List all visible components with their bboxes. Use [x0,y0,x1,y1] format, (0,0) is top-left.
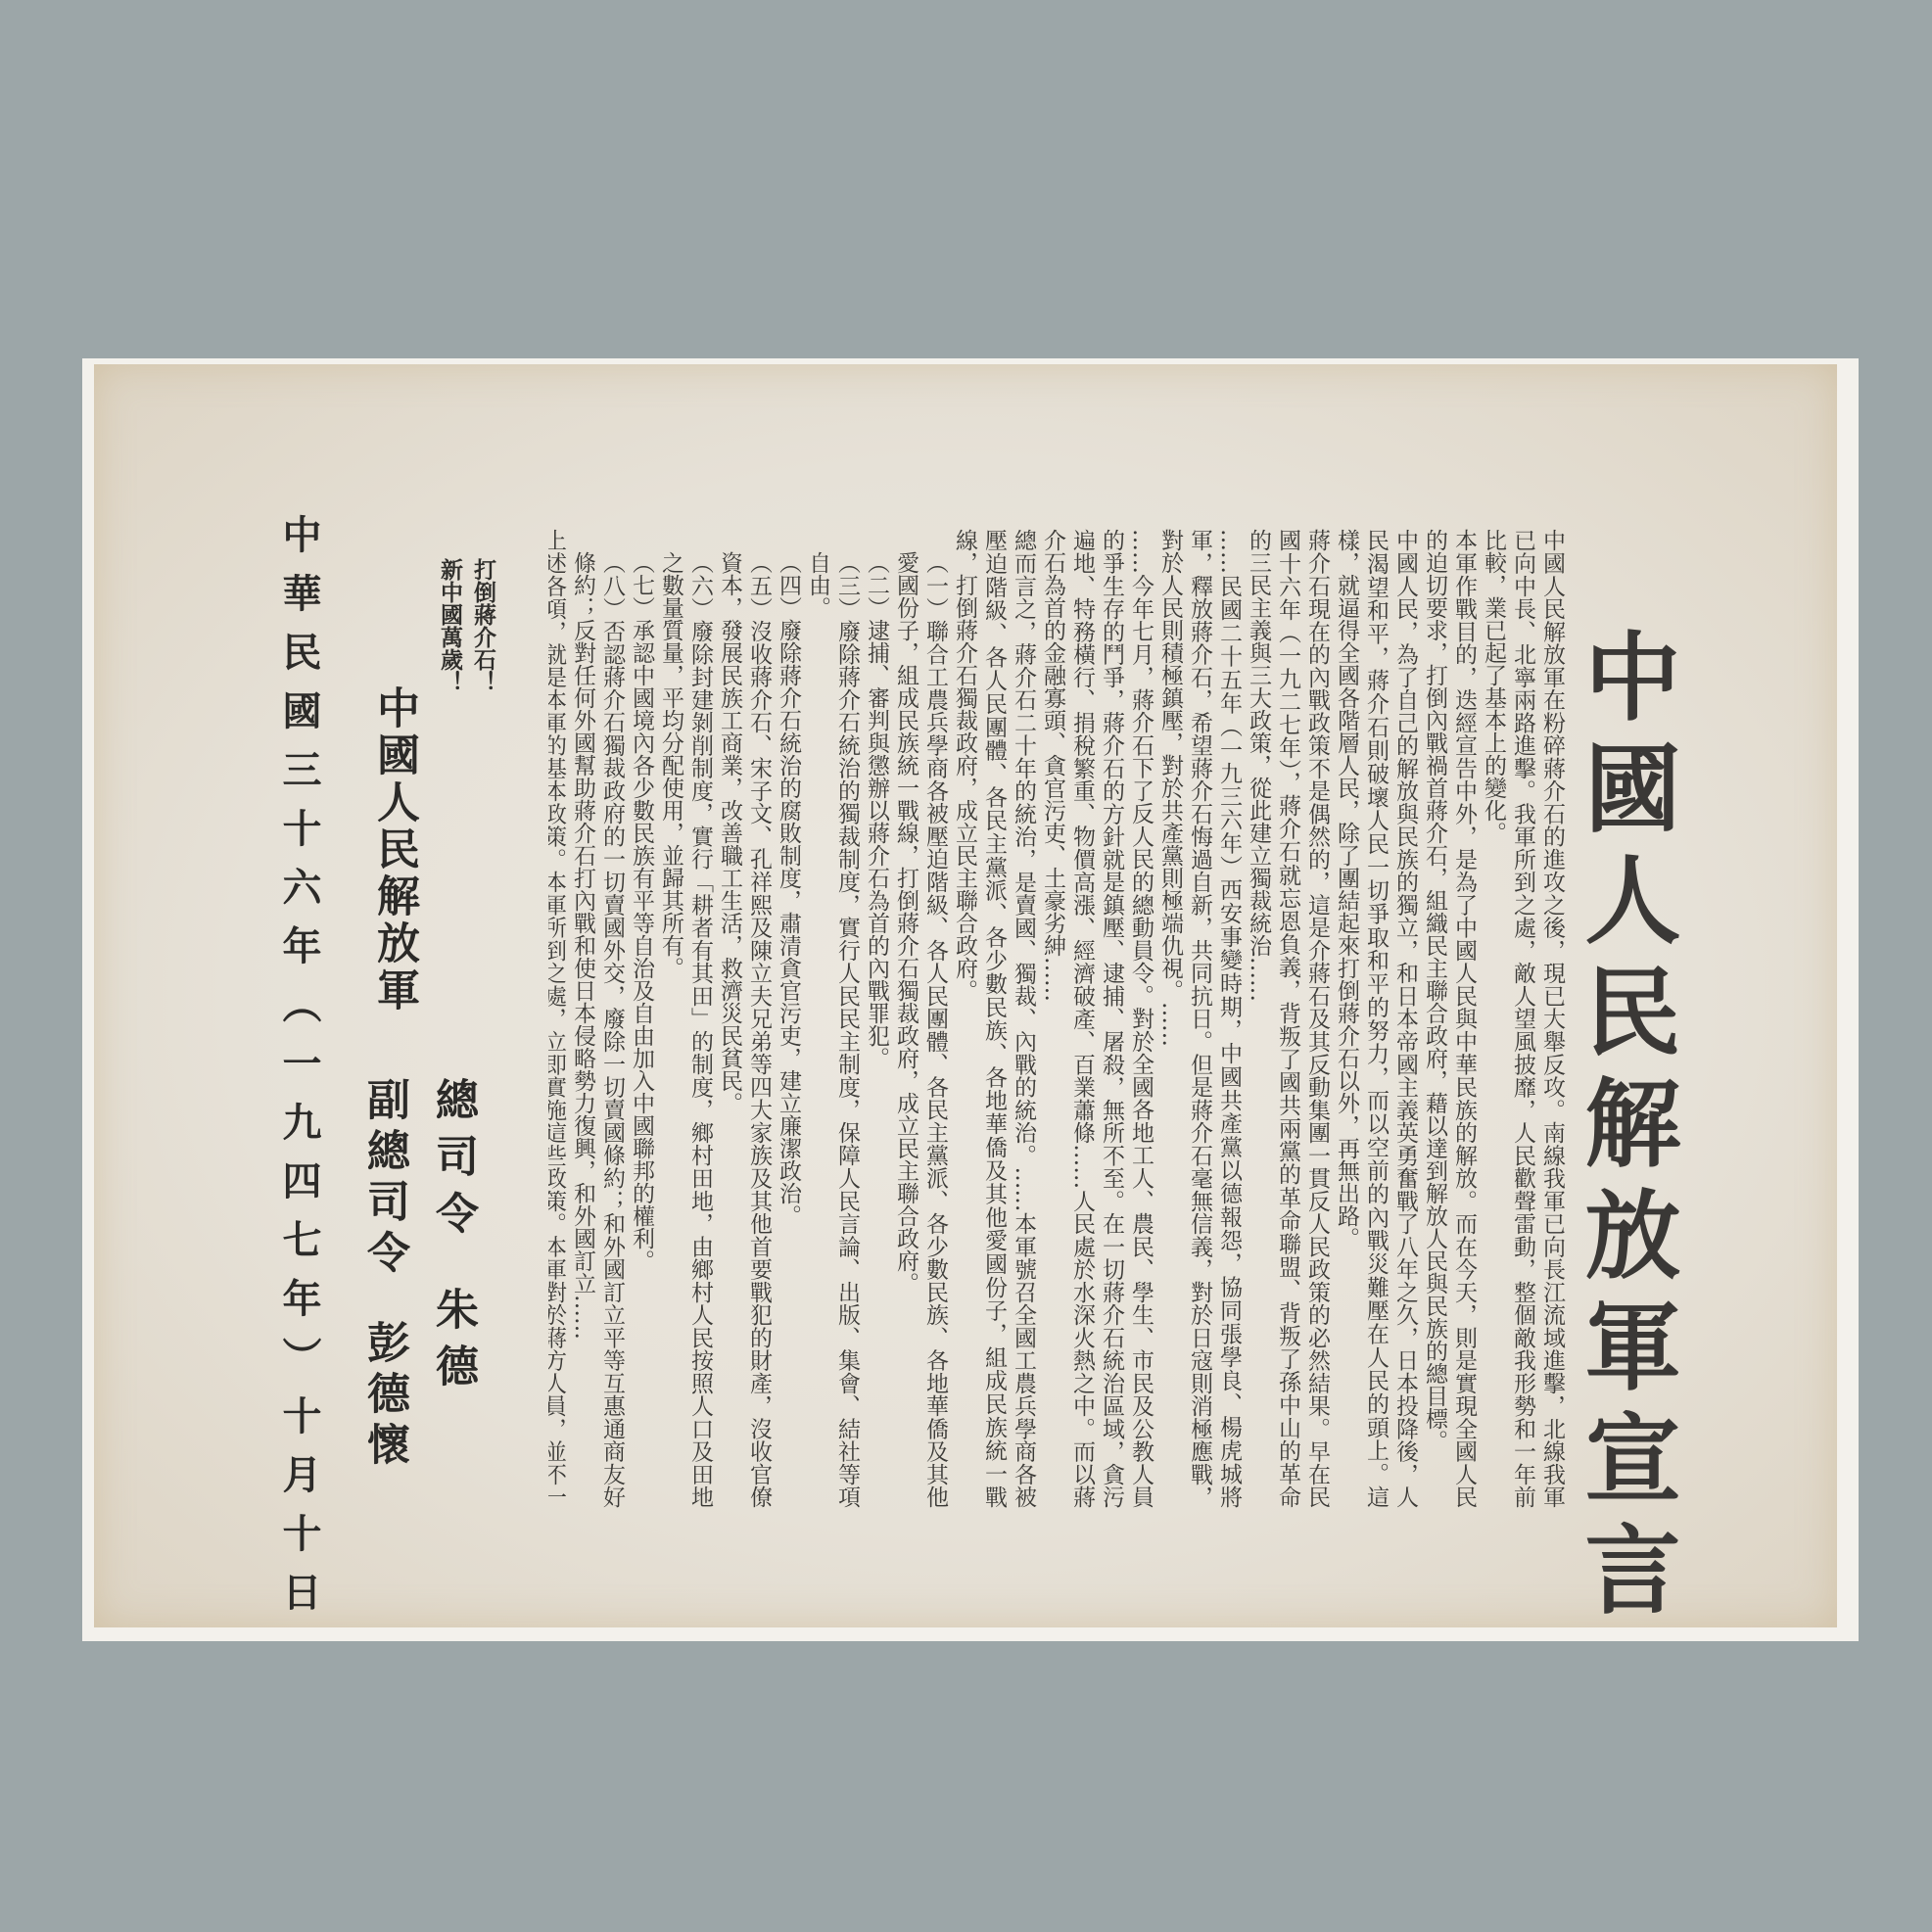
body-paragraph: ……民國二十五年（一九三六年）西安事變時期，中國共產黨以德報怨，協同張學良、楊虎… [1155,529,1244,1508]
signatory-commander: 總司令朱德 [431,1077,474,1400]
signatory-name: 朱德 [431,1287,474,1400]
policy-item-7: （七）承認中國境內各少數民族有平等自治及自由加入中國聯邦的權利。 [627,551,656,1508]
document-date: 中華民國三十六年（一九四七年）十月十日 [279,514,318,1630]
signatory-name: 彭德懷 [362,1320,405,1473]
body-paragraph: 中國人民解放軍在粉碎蔣介石的進攻之後，現已大舉反攻。南線我軍已向長江流域進擊，北… [1479,529,1567,1508]
body-paragraph: 中國人民，為了自己的解放與民族的獨立，和日本帝國主義英勇奮戰了八年之久，日本投降… [1332,529,1420,1508]
document-title: 中國人民解放軍宣言 [1577,627,1673,1631]
policy-item-5: （五）沒收蔣介石、宋子文、孔祥熙及陳立夫兄弟等四大家族及其他首要戰犯的財產，沒收… [715,551,774,1508]
slogan: 打倒蔣介石！ [468,558,497,693]
signatory-role: 總司令 [428,1077,478,1248]
body-paragraph: 蔣介石現在的內戰政策不是偶然的，這是介蔣石及其反動集團一貫反人民政策的必然結果。… [1244,529,1332,1508]
body-paragraph: ……今年七月，蔣介石下了反人民的總動員令。對於全國各地工人、農民、學生、市民及公… [1038,529,1155,1508]
policy-item-1: （一）聯合工農兵學商各被壓迫階級、各人民團體、各民主黨派、各少數民族、各地華僑及… [891,551,950,1508]
slogans: 打倒蔣介石！ 新中國萬歲！ [431,558,497,693]
policy-item-8: （八）否認蔣介石獨裁政府的一切賣國外交，廢除一切賣國條約；和外國訂立平等互惠通商… [568,551,627,1508]
signatory-deputy: 副總司令彭德懷 [362,1077,405,1473]
policy-item-6: （六）廢除封建剝削制度，實行「耕者有其田」的制度，鄉村田地，由鄉村人民按照人口及… [656,551,715,1508]
slogan: 新中國萬歲！ [435,558,464,693]
body-paragraph: 總而言之，蔣介石二十年的統治，是賣國、獨裁、內戰的統治。……本軍號召全國工農兵學… [950,529,1038,1508]
policy-item-4: （四）廢除蔣介石統治的腐敗制度，肅清貪官污吏，建立廉潔政治。 [774,551,803,1508]
body-paragraph: 上述各項，就是本軍的基本政策。本軍所到之處，立即實施這些政策。本軍對於蔣方人員，… [548,529,568,1508]
body-paragraph: 本軍作戰目的，迭經宣告中外，是為了中國人民與中華民族的解放。而在今天，則是實現全… [1420,529,1479,1508]
issuer-name: 中國人民解放軍 [372,685,415,1014]
policy-item-3: （三）廢除蔣介石統治的獨裁制度，實行人民民主制度，保障人民言論、出版、集會、結社… [803,551,862,1508]
manifesto-body: 中國人民解放軍在粉碎蔣介石的進攻之後，現已大舉反攻。南線我軍已向長江流域進擊，北… [548,529,1567,1508]
signatory-role: 副總司令 [359,1077,409,1281]
policy-item-2: （二）逮捕、審判與懲辦以蔣介石為首的內戰罪犯。 [862,551,891,1508]
